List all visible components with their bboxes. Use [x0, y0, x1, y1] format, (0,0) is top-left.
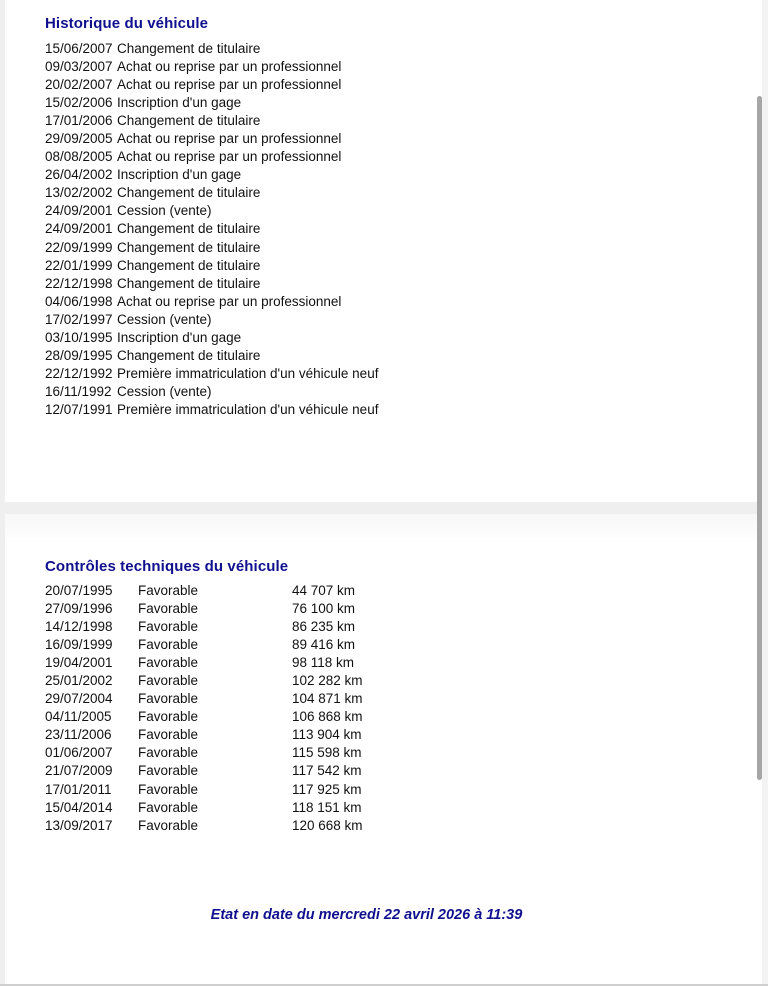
history-date: 29/09/2005 [45, 130, 117, 148]
control-date: 14/12/1998 [45, 618, 138, 636]
history-date: 22/09/1999 [45, 239, 117, 257]
control-mileage: 76 100 km [292, 600, 355, 618]
history-event: Changement de titulaire [117, 258, 260, 273]
control-result: Favorable [138, 582, 292, 600]
history-row: 22/12/1992Première immatriculation d'un … [45, 365, 378, 383]
technical-control-row: 23/11/2006Favorable113 904 km [45, 726, 363, 744]
history-row: 17/01/2006Changement de titulaire [45, 112, 378, 130]
history-date: 13/02/2002 [45, 184, 117, 202]
technical-control-row: 13/09/2017Favorable120 668 km [45, 817, 363, 835]
control-result: Favorable [138, 817, 292, 835]
history-event: Changement de titulaire [117, 185, 260, 200]
history-row: 16/11/1992Cession (vente) [45, 383, 378, 401]
history-row: 12/07/1991Première immatriculation d'un … [45, 401, 378, 419]
history-event: Changement de titulaire [117, 41, 260, 56]
history-row: 29/09/2005Achat ou reprise par un profes… [45, 130, 378, 148]
control-result: Favorable [138, 762, 292, 780]
scrollbar-thumb[interactable] [757, 96, 762, 780]
history-event: Cession (vente) [117, 312, 212, 327]
status-date-footer: Etat en date du mercredi 22 avril 2026 à… [5, 907, 762, 923]
history-date: 26/04/2002 [45, 166, 117, 184]
control-date: 04/11/2005 [45, 708, 138, 726]
history-event: Cession (vente) [117, 203, 212, 218]
control-result: Favorable [138, 744, 292, 762]
control-result: Favorable [138, 708, 292, 726]
vehicle-history-title: Historique du véhicule [45, 15, 208, 32]
control-date: 15/04/2014 [45, 799, 138, 817]
control-mileage: 118 151 km [292, 799, 362, 817]
scrollbar-track[interactable] [762, 0, 768, 986]
technical-control-row: 25/01/2002Favorable102 282 km [45, 672, 363, 690]
control-mileage: 120 668 km [292, 817, 363, 835]
history-event: Achat ou reprise par un professionnel [117, 294, 341, 309]
control-mileage: 117 542 km [292, 762, 362, 780]
history-row: 15/06/2007Changement de titulaire [45, 40, 378, 58]
vehicle-history-list: 15/06/2007Changement de titulaire09/03/2… [45, 40, 378, 419]
history-event: Cession (vente) [117, 384, 212, 399]
control-result: Favorable [138, 690, 292, 708]
control-mileage: 106 868 km [292, 708, 363, 726]
technical-controls-list: 20/07/1995Favorable44 707 km27/09/1996Fa… [45, 582, 363, 835]
history-event: Achat ou reprise par un professionnel [117, 131, 341, 146]
control-result: Favorable [138, 799, 292, 817]
control-mileage: 104 871 km [292, 690, 363, 708]
control-mileage: 44 707 km [292, 582, 355, 600]
history-event: Inscription d'un gage [117, 95, 241, 110]
control-mileage: 113 904 km [292, 726, 362, 744]
history-row: 20/02/2007Achat ou reprise par un profes… [45, 76, 378, 94]
control-result: Favorable [138, 636, 292, 654]
control-date: 17/01/2011 [45, 781, 138, 799]
history-date: 15/06/2007 [45, 40, 117, 58]
history-event: Première immatriculation d'un véhicule n… [117, 402, 378, 417]
history-event: Changement de titulaire [117, 348, 260, 363]
technical-control-row: 20/07/1995Favorable44 707 km [45, 582, 363, 600]
history-date: 08/08/2005 [45, 148, 117, 166]
history-event: Achat ou reprise par un professionnel [117, 77, 341, 92]
history-date: 04/06/1998 [45, 293, 117, 311]
history-event: Changement de titulaire [117, 221, 260, 236]
control-date: 23/11/2006 [45, 726, 138, 744]
history-row: 26/04/2002Inscription d'un gage [45, 166, 378, 184]
history-date: 24/09/2001 [45, 202, 117, 220]
history-row: 22/09/1999Changement de titulaire [45, 239, 378, 257]
history-event: Achat ou reprise par un professionnel [117, 149, 341, 164]
control-result: Favorable [138, 781, 292, 799]
history-row: 09/03/2007Achat ou reprise par un profes… [45, 58, 378, 76]
technical-control-row: 21/07/2009Favorable117 542 km [45, 762, 363, 780]
technical-control-row: 01/06/2007Favorable115 598 km [45, 744, 363, 762]
technical-control-row: 16/09/1999Favorable89 416 km [45, 636, 363, 654]
history-row: 13/02/2002Changement de titulaire [45, 184, 378, 202]
vehicle-history-section: Historique du véhicule 15/06/2007Changem… [5, 0, 762, 502]
control-date: 29/07/2004 [45, 690, 138, 708]
history-event: Changement de titulaire [117, 113, 260, 128]
history-event: Première immatriculation d'un véhicule n… [117, 366, 378, 381]
history-date: 09/03/2007 [45, 58, 117, 76]
control-date: 25/01/2002 [45, 672, 138, 690]
history-row: 22/12/1998Changement de titulaire [45, 275, 378, 293]
history-date: 12/07/1991 [45, 401, 117, 419]
history-row: 28/09/1995Changement de titulaire [45, 347, 378, 365]
history-date: 24/09/2001 [45, 220, 117, 238]
history-row: 24/09/2001Changement de titulaire [45, 220, 378, 238]
control-date: 27/09/1996 [45, 600, 138, 618]
history-date: 16/11/1992 [45, 383, 117, 401]
control-mileage: 117 925 km [292, 781, 362, 799]
control-date: 19/04/2001 [45, 654, 138, 672]
technical-controls-section: Contrôles techniques du véhicule 20/07/1… [5, 514, 762, 986]
control-date: 21/07/2009 [45, 762, 138, 780]
history-date: 22/12/1992 [45, 365, 117, 383]
control-result: Favorable [138, 600, 292, 618]
history-event: Inscription d'un gage [117, 330, 241, 345]
history-row: 17/02/1997Cession (vente) [45, 311, 378, 329]
control-result: Favorable [138, 726, 292, 744]
control-result: Favorable [138, 672, 292, 690]
control-date: 13/09/2017 [45, 817, 138, 835]
history-date: 28/09/1995 [45, 347, 117, 365]
control-result: Favorable [138, 654, 292, 672]
control-mileage: 98 118 km [292, 654, 354, 672]
technical-control-row: 14/12/1998Favorable86 235 km [45, 618, 363, 636]
control-mileage: 115 598 km [292, 744, 362, 762]
history-event: Inscription d'un gage [117, 167, 241, 182]
technical-control-row: 15/04/2014Favorable118 151 km [45, 799, 363, 817]
technical-control-row: 27/09/1996Favorable76 100 km [45, 600, 363, 618]
control-mileage: 89 416 km [292, 636, 355, 654]
control-date: 20/07/1995 [45, 582, 138, 600]
technical-control-row: 29/07/2004Favorable104 871 km [45, 690, 363, 708]
history-date: 17/01/2006 [45, 112, 117, 130]
history-row: 03/10/1995Inscription d'un gage [45, 329, 378, 347]
history-date: 03/10/1995 [45, 329, 117, 347]
status-date-text: Etat en date du mercredi 22 avril 2026 à… [211, 907, 523, 923]
history-date: 15/02/2006 [45, 94, 117, 112]
history-event: Changement de titulaire [117, 276, 260, 291]
history-row: 04/06/1998Achat ou reprise par un profes… [45, 293, 378, 311]
history-date: 22/01/1999 [45, 257, 117, 275]
technical-control-row: 17/01/2011Favorable117 925 km [45, 781, 363, 799]
control-mileage: 86 235 km [292, 618, 355, 636]
control-date: 16/09/1999 [45, 636, 138, 654]
history-event: Changement de titulaire [117, 240, 260, 255]
history-row: 08/08/2005Achat ou reprise par un profes… [45, 148, 378, 166]
history-row: 24/09/2001Cession (vente) [45, 202, 378, 220]
history-event: Achat ou reprise par un professionnel [117, 59, 341, 74]
control-result: Favorable [138, 618, 292, 636]
control-mileage: 102 282 km [292, 672, 363, 690]
control-date: 01/06/2007 [45, 744, 138, 762]
history-date: 17/02/1997 [45, 311, 117, 329]
history-row: 22/01/1999Changement de titulaire [45, 257, 378, 275]
technical-control-row: 19/04/2001Favorable98 118 km [45, 654, 363, 672]
history-date: 22/12/1998 [45, 275, 117, 293]
technical-control-row: 04/11/2005Favorable106 868 km [45, 708, 363, 726]
technical-controls-title: Contrôles techniques du véhicule [45, 558, 288, 575]
history-row: 15/02/2006Inscription d'un gage [45, 94, 378, 112]
history-date: 20/02/2007 [45, 76, 117, 94]
